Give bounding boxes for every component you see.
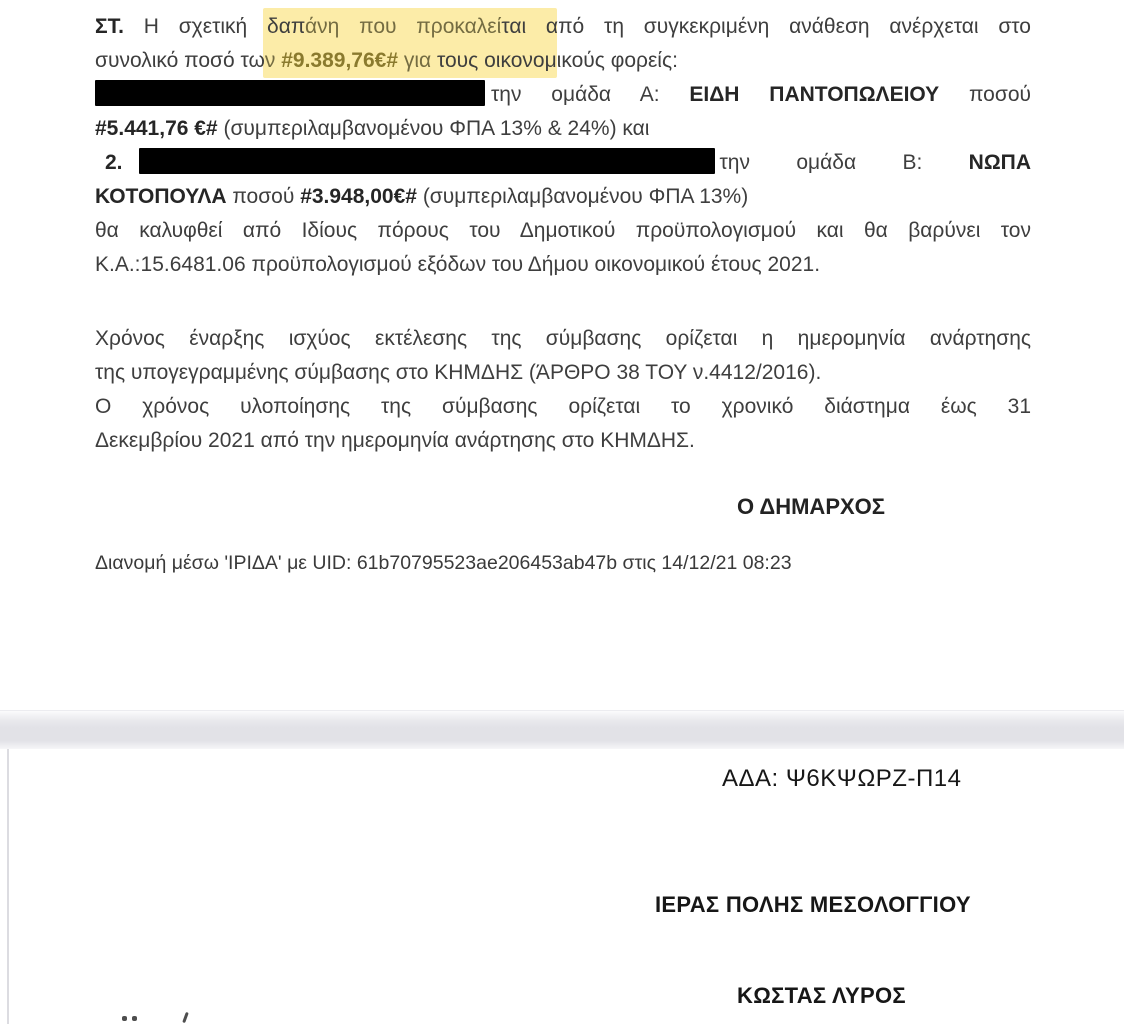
highlighted-text: ν — [265, 49, 281, 72]
text-segment: Χρόνος έναρξης ισχύος εκτέλεσης της σύμβ… — [95, 327, 1031, 350]
document-line: ΣΤ. Η σχετική δαπάνη που προκαλείται από… — [95, 10, 1031, 44]
text-segment: τους οικονομικούς φορείς: — [431, 49, 678, 72]
text-segment: ποσού — [227, 185, 301, 208]
budget-code-line: Κ.Α.:15.6481.06 προϋπολογισμού εξόδων το… — [95, 253, 820, 276]
document-line: Κ.Α.:15.6481.06 προϋπολογισμού εξόδων το… — [95, 248, 1031, 282]
text-segment: θα καλυφθεί από Ιδίους πόρους του Δημοτι… — [95, 219, 1031, 242]
text-segment: (συμπεριλαμβανομένου ΦΠΑ 13%) — [417, 185, 748, 208]
document-body: ΣΤ. Η σχετική δαπάνη που προκαλείται από… — [95, 10, 1031, 580]
section-gap — [95, 458, 1031, 490]
total-amount: #9.389,76€# — [281, 49, 398, 72]
group-a-label: ΕΙΔΗ ΠΑΝΤΟΠΩΛΕΙΟΥ — [689, 83, 939, 106]
page-edge-line — [7, 748, 9, 1024]
municipality-name: ΙΕΡΑΣ ΠΟΛΗΣ ΜΕΣΟΛΟΓΓΙΟΥ — [655, 892, 971, 918]
document-line: Ο χρόνος υλοποίησης της σύμβασης ορίζετα… — [95, 390, 1031, 424]
document-line: #5.441,76 €# (συμπεριλαμβανομένου ΦΠΑ 13… — [95, 112, 1031, 146]
text-segment: ται από τη συγκεκριμένη ανάθεση ανέρχετα… — [501, 15, 1031, 38]
distribution-note: Διανομή μέσω 'ΙΡΙΔΑ' με UID: 61b70795523… — [95, 546, 1031, 580]
redaction-bar — [139, 148, 715, 174]
cutoff-text-fragment — [122, 1016, 127, 1021]
document-line: 2.την ομάδα Β: ΝΩΠΑ — [95, 146, 1031, 180]
clause-label: ΣΤ. — [95, 15, 124, 38]
mayor-name: ΚΩΣΤΑΣ ΛΥΡΟΣ — [737, 983, 906, 1009]
cutoff-text-fragment — [132, 1016, 137, 1021]
document-line: Χρόνος έναρξης ισχύος εκτέλεσης της σύμβ… — [95, 322, 1031, 356]
list-number: 2. — [95, 151, 123, 174]
text-segment: Δεκεμβρίου 2021 από την ημερομηνία ανάρτ… — [95, 429, 695, 452]
document-page-view: ΣΤ. Η σχετική δαπάνη που προκαλείται από… — [0, 0, 1124, 1024]
text-segment: Ο χρόνος υλοποίησης της σύμβασης ορίζετα… — [95, 395, 1031, 418]
group-a-amount: #5.441,76 €# — [95, 117, 218, 140]
text-segment: την ομάδα Α: — [491, 83, 689, 106]
ada-code: ΑΔΑ: Ψ6ΚΨΩΡΖ-Π14 — [722, 765, 961, 793]
group-b-amount: #3.948,00€# — [300, 185, 417, 208]
redaction-bar — [95, 80, 485, 106]
document-line: ΚΟΤΟΠΟΥΛΑ ποσού #3.948,00€# (συμπεριλαμβ… — [95, 180, 1031, 214]
group-b-label: ΝΩΠΑ — [969, 151, 1031, 174]
text-segment: Η σχετική δαπ — [124, 15, 305, 38]
text-segment: την ομάδα Β: — [720, 151, 969, 174]
document-line: συνολικό ποσό των #9.389,76€# για τους ο… — [95, 44, 1031, 78]
text-segment: συνολικό ποσό τω — [95, 49, 265, 72]
text-segment: ποσού — [939, 83, 1031, 106]
document-line: Δεκεμβρίου 2021 από την ημερομηνία ανάρτ… — [95, 424, 1031, 458]
document-line: θα καλυφθεί από Ιδίους πόρους του Δημοτι… — [95, 214, 1031, 248]
document-line: της υπογεγραμμένης σύμβασης στο ΚΗΜΔΗΣ (… — [95, 356, 1031, 390]
highlighted-text: για — [398, 49, 431, 72]
cutoff-text-fragment — [182, 1012, 189, 1023]
signature-title: Ο ΔΗΜΑΡΧΟΣ — [95, 490, 1031, 524]
group-b-label-cont: ΚΟΤΟΠΟΥΛΑ — [95, 185, 227, 208]
text-segment: (συμπεριλαμβανομένου ΦΠΑ 13% & 24%) και — [218, 117, 650, 140]
section-gap — [95, 524, 1031, 546]
page-separator — [0, 710, 1124, 749]
text-segment: της υπογεγραμμένης σύμβασης στο ΚΗΜΔΗΣ (… — [95, 361, 821, 384]
highlighted-text: άνη που προκαλεί — [305, 15, 501, 38]
paragraph-gap — [95, 282, 1031, 322]
document-line: την ομάδα Α: ΕΙΔΗ ΠΑΝΤΟΠΩΛΕΙΟΥ ποσού — [95, 78, 1031, 112]
